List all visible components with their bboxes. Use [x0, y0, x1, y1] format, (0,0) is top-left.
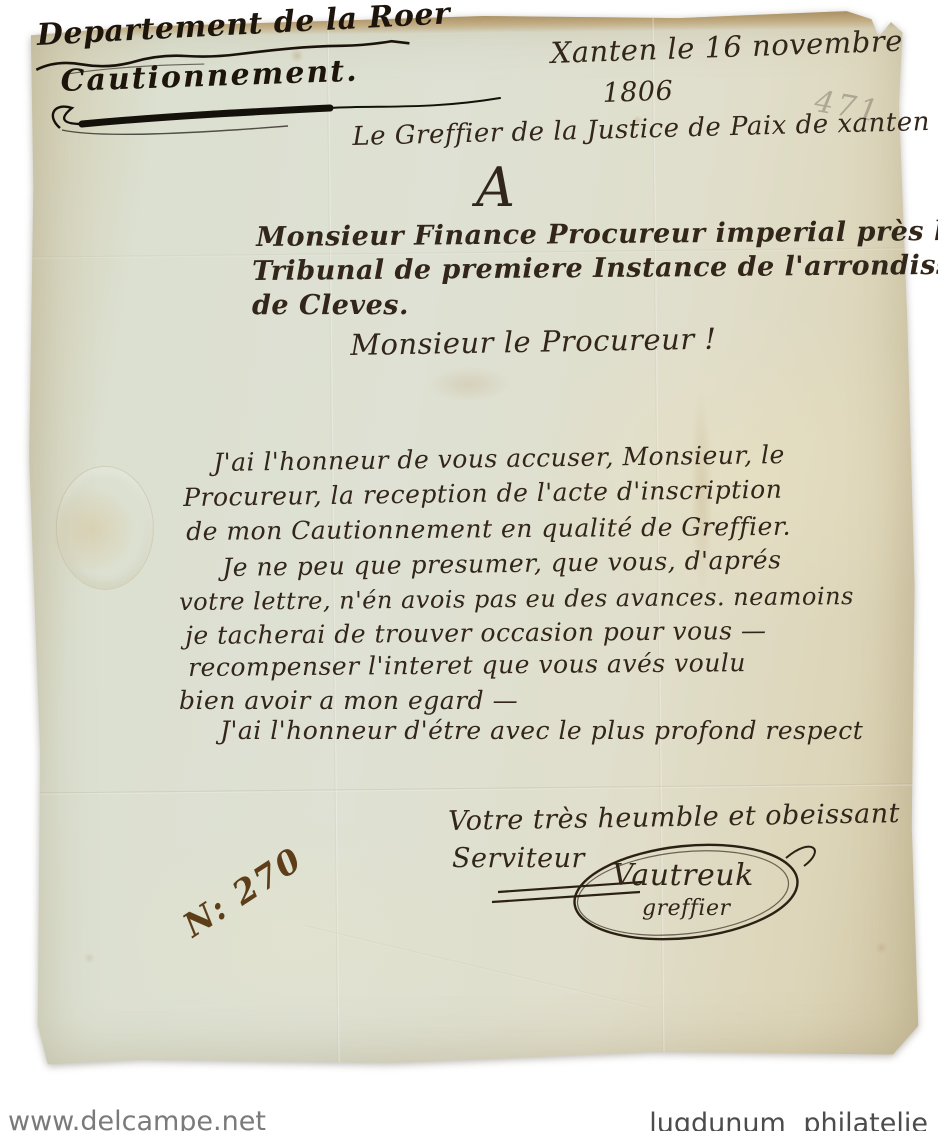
body-line: de mon Cautionnement en qualité de Greff… — [186, 512, 791, 546]
salutation: Monsieur le Procureur ! — [350, 322, 717, 362]
signature-paraph-flourish — [490, 836, 840, 951]
signature-name: Vautreuk — [612, 858, 754, 893]
body-line: recompenser l'interet que vous avés voul… — [188, 648, 746, 682]
watermark-delcampe: www.delcampe.net — [8, 1106, 266, 1131]
letter-photo: Departement de la Roer Cautionnement. Xa… — [0, 0, 938, 1131]
body-line: J'ai l'honneur d'étre avec le plus profo… — [220, 716, 863, 745]
fold-crease-horizontal-2 — [33, 783, 917, 794]
address-intro-letter: A — [476, 156, 516, 219]
address-line-3: de Cleves. — [252, 290, 409, 321]
body-line: je tacherai de trouver occasion pour vou… — [185, 616, 767, 650]
seal-impression — [55, 465, 154, 590]
dateline-year: 1806 — [602, 76, 674, 109]
body-line: bien avoir a mon egard — — [179, 686, 518, 715]
body-line: votre lettre, n'én avois pas eu des avan… — [179, 582, 854, 616]
watermark-lugdunum: lugdunum philatelie — [649, 1108, 928, 1131]
address-line-1: Monsieur Finance Procureur imperial près… — [256, 216, 938, 253]
signature-title: greffier — [642, 896, 730, 921]
address-line-2: Tribunal de premiere Instance de l'arron… — [252, 249, 938, 287]
